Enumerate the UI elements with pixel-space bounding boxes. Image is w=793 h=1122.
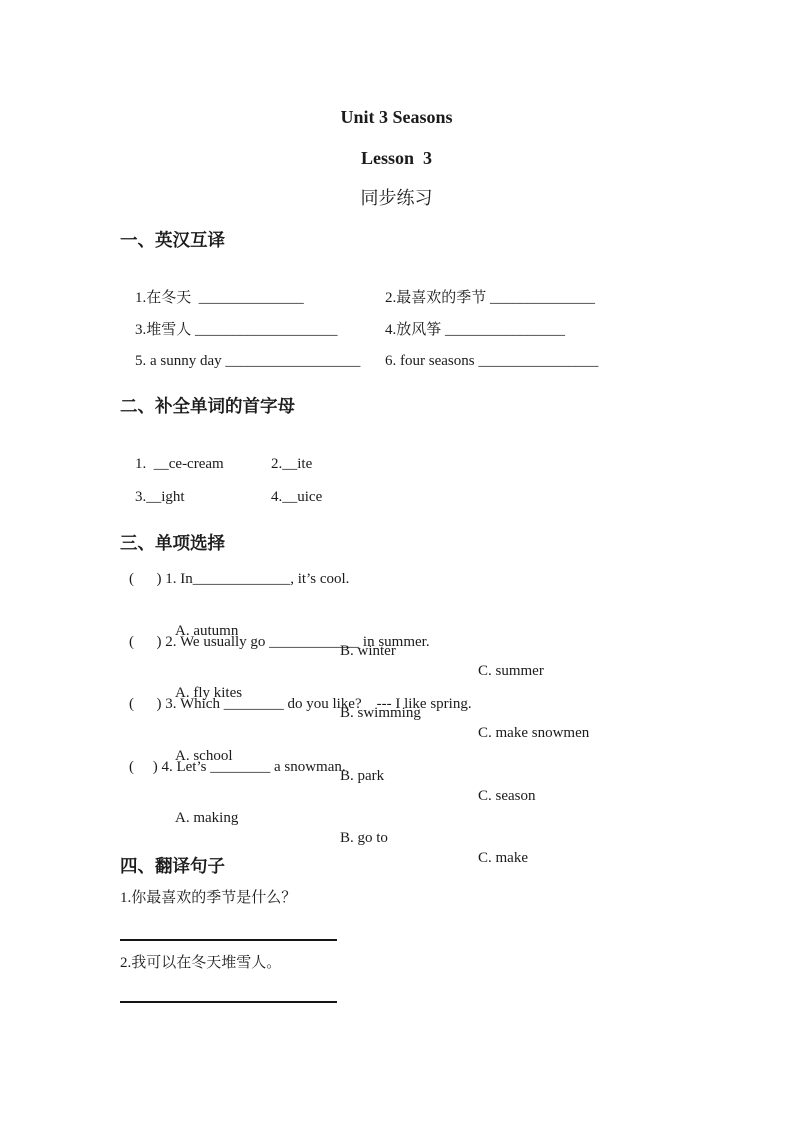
blank-item: 3.__ight <box>135 487 271 507</box>
practice-subtitle: 同步练习 <box>0 187 793 209</box>
question-stem: ( ) 2. We usually go ____________ in sum… <box>120 632 733 652</box>
answer-line <box>120 1001 337 1003</box>
section-multiple-choice-heading: 三、单项选择 <box>120 532 733 554</box>
worksheet-page: Unit 3 Seasons Lesson 3 同步练习 一、英汉互译 1.在冬… <box>0 0 793 1122</box>
section-sentence-translation-heading: 四、翻译句子 <box>120 855 733 877</box>
blank-item: 5. a sunny day __________________ <box>135 351 385 371</box>
sentence-prompt: 2.我可以在冬天堆雪人。 <box>120 953 733 973</box>
option-a: A. making <box>175 808 238 828</box>
first-letter-row: 3.__ight4.__uice <box>120 467 733 527</box>
question-stem: ( ) 1. In_____________, it’s cool. <box>120 569 733 589</box>
unit-title: Unit 3 Seasons <box>0 106 793 128</box>
section-translation-heading: 一、英汉互译 <box>120 229 733 251</box>
sentence-prompt: 1.你最喜欢的季节是什么？ <box>120 888 733 908</box>
section-first-letter-heading: 二、补全单词的首字母 <box>120 395 733 417</box>
question-stem: ( ) 4. Let’s ________ a snowman. <box>120 757 733 777</box>
blank-item: 6. four seasons ________________ <box>385 353 598 369</box>
translation-row: 5. a sunny day __________________6. four… <box>120 331 733 391</box>
lesson-title: Lesson 3 <box>0 147 793 169</box>
option-b: B. go to <box>340 828 388 848</box>
answer-line <box>120 939 337 941</box>
question-stem: ( ) 3. Which ________ do you like? --- I… <box>120 694 733 714</box>
blank-item: 4.__uice <box>271 489 322 505</box>
